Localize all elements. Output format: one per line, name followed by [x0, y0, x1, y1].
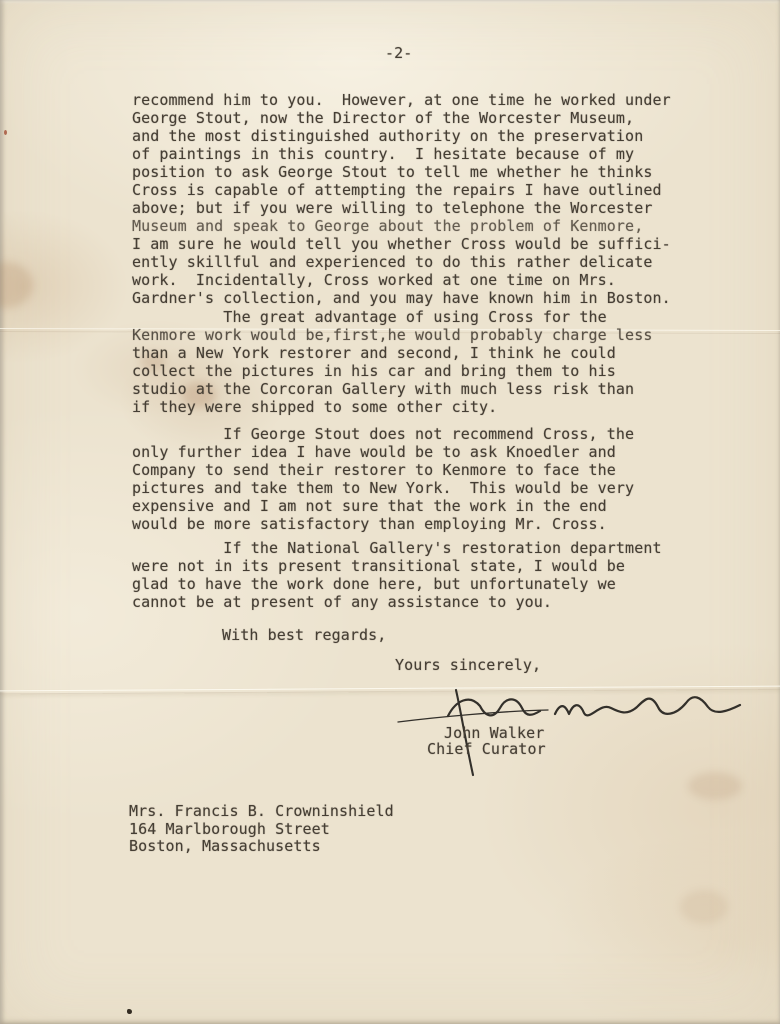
- text-line: If the National Gallery's restoration de…: [132, 539, 662, 557]
- text-line: above; but if you were willing to teleph…: [132, 199, 671, 217]
- text-line: Cross is capable of attempting the repai…: [132, 181, 671, 199]
- text-line: glad to have the work done here, but unf…: [132, 575, 662, 593]
- ink-speck: [127, 1009, 132, 1014]
- text-line: pictures and take them to New York. This…: [132, 479, 634, 497]
- text-line: only further idea I have would be to ask…: [132, 443, 634, 461]
- text-line: expensive and I am not sure that the wor…: [132, 497, 634, 515]
- text-line: If George Stout does not recommend Cross…: [132, 425, 634, 443]
- page-number: -2-: [385, 44, 412, 62]
- text-line: studio at the Corcoran Gallery with much…: [132, 380, 652, 398]
- text-line: would be more satisfactory than employin…: [132, 515, 634, 533]
- red-speck: [4, 130, 7, 135]
- paragraph-3: If George Stout does not recommend Cross…: [132, 425, 634, 533]
- text-line: George Stout, now the Director of the Wo…: [132, 109, 671, 127]
- text-line: I am sure he would tell you whether Cros…: [132, 235, 671, 253]
- text-line: collect the pictures in his car and brin…: [132, 362, 652, 380]
- text-line: of paintings in this country. I hesitate…: [132, 145, 671, 163]
- text-line: were not in its present transitional sta…: [132, 557, 662, 575]
- text-line: Gardner's collection, and you may have k…: [132, 289, 671, 307]
- closing-regards: With best regards,: [222, 626, 386, 644]
- stain-right-low: [680, 890, 728, 924]
- recipient-street: 164 Marlborough Street: [129, 821, 394, 839]
- text-line: Museum and speak to George about the pro…: [132, 217, 671, 235]
- text-line: and the most distinguished authority on …: [132, 127, 671, 145]
- stain-left-edge: [0, 262, 33, 308]
- text-line: cannot be at present of any assistance t…: [132, 593, 662, 611]
- text-line: position to ask George Stout to tell me …: [132, 163, 671, 181]
- text-line: The great advantage of using Cross for t…: [132, 308, 652, 326]
- paragraph-4: If the National Gallery's restoration de…: [132, 539, 662, 611]
- letter-page: -2- recommend him to you. However, at on…: [0, 0, 780, 1024]
- recipient-city: Boston, Massachusetts: [129, 838, 394, 856]
- text-line: if they were shipped to some other city.: [132, 398, 652, 416]
- closing-valediction: Yours sincerely,: [395, 656, 541, 674]
- text-line: ently skillful and experienced to do thi…: [132, 253, 671, 271]
- recipient-name: Mrs. Francis B. Crowninshield: [129, 803, 394, 821]
- recipient-address: Mrs. Francis B. Crowninshield 164 Marlbo…: [129, 803, 394, 856]
- text-line: Kenmore work would be,first,he would pro…: [132, 326, 652, 344]
- text-line: work. Incidentally, Cross worked at one …: [132, 271, 671, 289]
- paragraph-2: The great advantage of using Cross for t…: [132, 308, 652, 416]
- text-line: Company to send their restorer to Kenmor…: [132, 461, 634, 479]
- text-line: recommend him to you. However, at one ti…: [132, 91, 671, 109]
- text-line: than a New York restorer and second, I t…: [132, 344, 652, 362]
- paragraph-1: recommend him to you. However, at one ti…: [132, 91, 671, 307]
- signer-title: Chief Curator: [427, 740, 546, 758]
